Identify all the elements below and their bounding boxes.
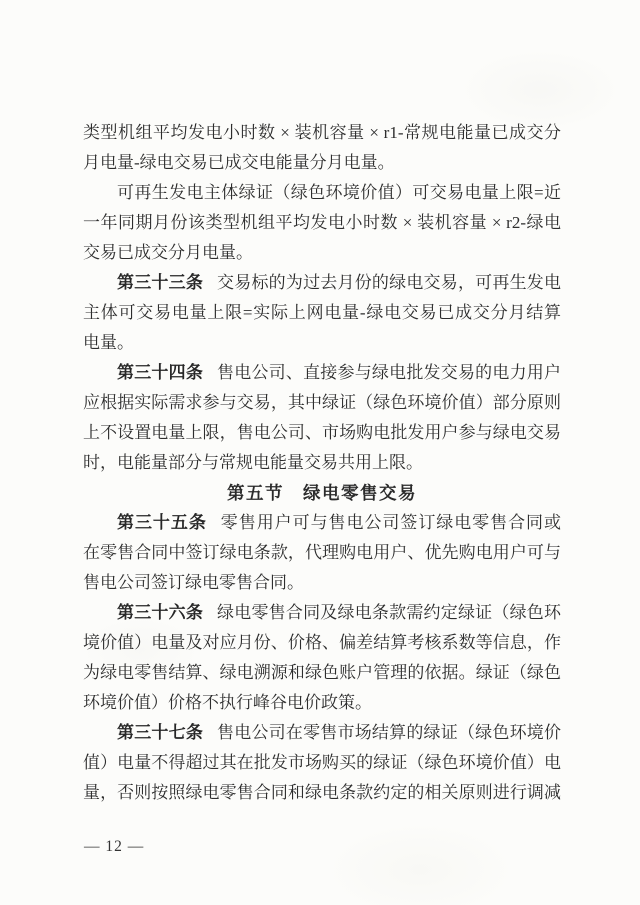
line-text: 售电公司在零售市场结算的绿证（绿色环境价: [217, 723, 561, 742]
paragraph-line: 时，电能量部分与常规电能量交易共用上限。: [83, 448, 561, 478]
paragraph-line: 上不设置电量上限，售电公司、市场购电批发用户参与绿电交易: [83, 418, 561, 448]
paragraph-line: 第三十五条零售用户可与售电公司签订绿电零售合同或: [83, 508, 561, 538]
line-text: 绿电零售合同及绿电条款需约定绿证（绿色环: [217, 603, 561, 622]
line-text: 零售用户可与售电公司签订绿电零售合同或: [221, 513, 561, 532]
paragraph-line: 值）电量不得超过其在批发市场购买的绿证（绿色环境价值）电: [83, 748, 561, 778]
paragraph-line: 一年同期月份该类型机组平均发电小时数 × 装机容量 × r2-绿电: [83, 208, 561, 238]
paragraph-line: 第三十七条售电公司在零售市场结算的绿证（绿色环境价: [83, 718, 561, 748]
line-text: 为绿电零售结算、绿电溯源和绿色账户管理的依据。绿证（绿色: [83, 663, 561, 682]
paragraph-line: 第三十三条交易标的为过去月份的绿电交易，可再生发电: [83, 268, 561, 298]
line-text: 应根据实际需求参与交易，其中绿证（绿色环境价值）部分原则: [83, 393, 561, 412]
section-heading: 第五节 绿电零售交易: [83, 478, 561, 508]
article-number: 第三十六条: [117, 603, 203, 622]
line-text: 可再生发电主体绿证（绿色环境价值）可交易电量上限=近: [117, 183, 561, 202]
line-text: 量，否则按照绿电零售合同和绿电条款约定的相关原则进行调减: [83, 783, 561, 802]
page-number: — 12 —: [84, 838, 144, 856]
paragraph-line: 可再生发电主体绿证（绿色环境价值）可交易电量上限=近: [83, 178, 561, 208]
document-body: 类型机组平均发电小时数 × 装机容量 × r1-常规电能量已成交分月电量-绿电交…: [83, 118, 561, 808]
line-text: 类型机组平均发电小时数 × 装机容量 × r1-常规电能量已成交分: [83, 123, 561, 142]
document-page: 类型机组平均发电小时数 × 装机容量 × r1-常规电能量已成交分月电量-绿电交…: [0, 0, 640, 905]
paragraph-line: 电量。: [83, 328, 561, 358]
paragraph-line: 境价值）电量及对应月份、价格、偏差结算考核系数等信息，作: [83, 628, 561, 658]
paragraph-line: 量，否则按照绿电零售合同和绿电条款约定的相关原则进行调减: [83, 778, 561, 808]
paragraph-line: 在零售合同中签订绿电条款，代理购电用户、优先购电用户可与: [83, 538, 561, 568]
paragraph-line: 类型机组平均发电小时数 × 装机容量 × r1-常规电能量已成交分: [83, 118, 561, 148]
paragraph-line: 第三十四条售电公司、直接参与绿电批发交易的电力用户: [83, 358, 561, 388]
article-number: 第三十三条: [117, 273, 203, 292]
line-text: 月电量-绿电交易已成交电能量分月电量。: [83, 153, 395, 172]
line-text: 上不设置电量上限，售电公司、市场购电批发用户参与绿电交易: [83, 423, 561, 442]
line-text: 一年同期月份该类型机组平均发电小时数 × 装机容量 × r2-绿电: [83, 213, 561, 232]
paragraph-line: 第三十六条绿电零售合同及绿电条款需约定绿证（绿色环: [83, 598, 561, 628]
paragraph-line: 月电量-绿电交易已成交电能量分月电量。: [83, 148, 561, 178]
line-text: 主体可交易电量上限=实际上网电量-绿电交易已成交分月结算: [83, 303, 561, 322]
line-text: 在零售合同中签订绿电条款，代理购电用户、优先购电用户可与: [83, 543, 561, 562]
line-text: 交易标的为过去月份的绿电交易，可再生发电: [217, 273, 561, 292]
paragraph-line: 主体可交易电量上限=实际上网电量-绿电交易已成交分月结算: [83, 298, 561, 328]
line-text: 电量。: [83, 333, 134, 352]
line-text: 境价值）电量及对应月份、价格、偏差结算考核系数等信息，作: [83, 633, 561, 652]
line-text: 售电公司、直接参与绿电批发交易的电力用户: [217, 363, 561, 382]
line-text: 售电公司签订绿电零售合同。: [83, 573, 304, 592]
paragraph-line: 交易已成交分月电量。: [83, 238, 561, 268]
line-text: 值）电量不得超过其在批发市场购买的绿证（绿色环境价值）电: [83, 753, 561, 772]
article-number: 第三十四条: [117, 363, 203, 382]
line-text: 交易已成交分月电量。: [83, 243, 253, 262]
paragraph-line: 应根据实际需求参与交易，其中绿证（绿色环境价值）部分原则: [83, 388, 561, 418]
article-number: 第三十五条: [117, 513, 207, 532]
paragraph-line: 环境价值）价格不执行峰谷电价政策。: [83, 688, 561, 718]
paragraph-line: 售电公司签订绿电零售合同。: [83, 568, 561, 598]
line-text: 环境价值）价格不执行峰谷电价政策。: [83, 693, 372, 712]
line-text: 时，电能量部分与常规电能量交易共用上限。: [83, 453, 423, 472]
paragraph-line: 为绿电零售结算、绿电溯源和绿色账户管理的依据。绿证（绿色: [83, 658, 561, 688]
article-number: 第三十七条: [117, 723, 203, 742]
